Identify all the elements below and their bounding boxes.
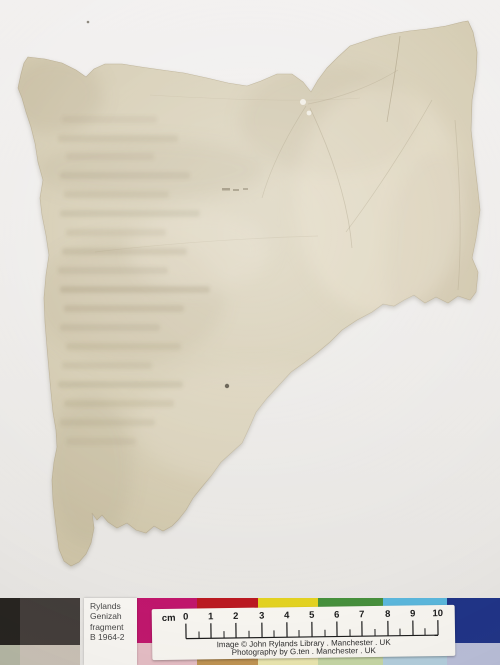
ink-speck (233, 189, 239, 191)
ink-speck (222, 188, 230, 191)
calibration-strip: Rylands Genizah fragment B 1964-2 cm 0 1… (0, 598, 500, 665)
grayscale-patch-dark-gray (20, 598, 80, 645)
ruler-ticks (152, 618, 455, 640)
grayscale-patch-green-gray (0, 645, 20, 665)
manuscript-fragment (0, 0, 500, 598)
specimen-label-line: Genizah (90, 611, 137, 621)
ruler-card: cm 0 1 2 3 4 5 6 7 8 9 10 Image © John R… (152, 605, 456, 660)
ink-speck (243, 188, 248, 190)
specimen-label-line: fragment (90, 622, 137, 632)
tear-highlight (307, 111, 312, 116)
specimen-label-line: Rylands (90, 601, 137, 611)
tear-highlight (300, 99, 306, 105)
dust-speck (87, 21, 90, 24)
specimen-label: Rylands Genizah fragment B 1964-2 (84, 598, 137, 665)
photograph: Rylands Genizah fragment B 1964-2 cm 0 1… (0, 0, 500, 665)
specimen-label-line: B 1964-2 (90, 632, 137, 642)
grayscale-patch-black (0, 598, 20, 645)
grayscale-patch-light-gray (20, 645, 80, 665)
ink-speck (225, 384, 229, 388)
